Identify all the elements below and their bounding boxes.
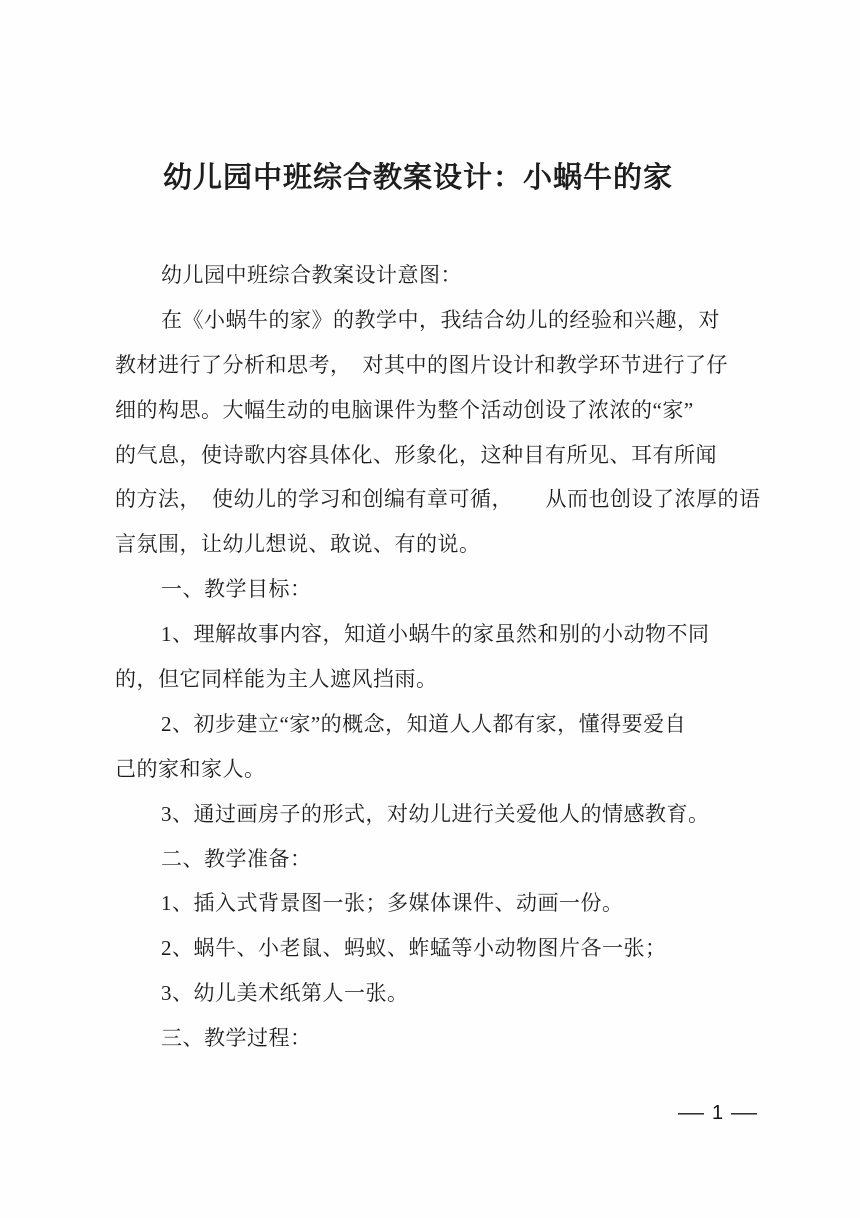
document-title: 幼儿园中班综合教案设计：小蜗牛的家 [163,158,673,198]
text-line: 言氛围，让幼儿想说、敢说、有的说。 [115,522,775,567]
text-line: 的气息，使诗歌内容具体化、形象化，这种目有所见、耳有所闻 [115,433,775,478]
document-page: 幼儿园中班综合教案设计：小蜗牛的家 幼儿园中班综合教案设计意图： 在《小蜗牛的家… [0,0,860,1218]
text-line: 1、插入式背景图一张；多媒体课件、动画一份。 [115,881,775,926]
text-line: 二、教学准备： [115,837,775,882]
footer-dash-left: — [678,1100,704,1126]
text-line: 1、理解故事内容，知道小蜗牛的家虽然和别的小动物不同 [115,612,775,657]
text-line: 三、教学过程： [115,1016,775,1061]
page-number: 1 [712,1100,723,1126]
text-line: 细的构思。大幅生动的电脑课件为整个活动创设了浓浓的“家” [115,388,775,433]
text-line: 3、幼儿美术纸第人一张。 [115,971,775,1016]
text-line: 的，但它同样能为主人遮风挡雨。 [115,657,775,702]
text-line: 一、教学目标： [115,567,775,612]
text-line: 的方法， 使幼儿的学习和创编有章可循， 从而也创设了浓厚的语 [115,477,775,522]
text-line: 2、蜗牛、小老鼠、蚂蚁、蚱蜢等小动物图片各一张； [115,926,775,971]
document-body: 幼儿园中班综合教案设计意图： 在《小蜗牛的家》的教学中，我结合幼儿的经验和兴趣，… [115,253,775,1061]
text-line: 幼儿园中班综合教案设计意图： [115,253,775,298]
text-line: 己的家和家人。 [115,747,775,792]
text-line: 在《小蜗牛的家》的教学中，我结合幼儿的经验和兴趣，对 [115,298,775,343]
footer-dash-right: — [731,1100,757,1126]
text-line: 3、通过画房子的形式，对幼儿进行关爱他人的情感教育。 [115,792,775,837]
page-footer: —1— [681,1100,754,1126]
text-line: 2、初步建立“家”的概念，知道人人都有家，懂得要爱自 [115,702,775,747]
text-line: 教材进行了分析和思考， 对其中的图片设计和教学环节进行了仔 [115,343,775,388]
